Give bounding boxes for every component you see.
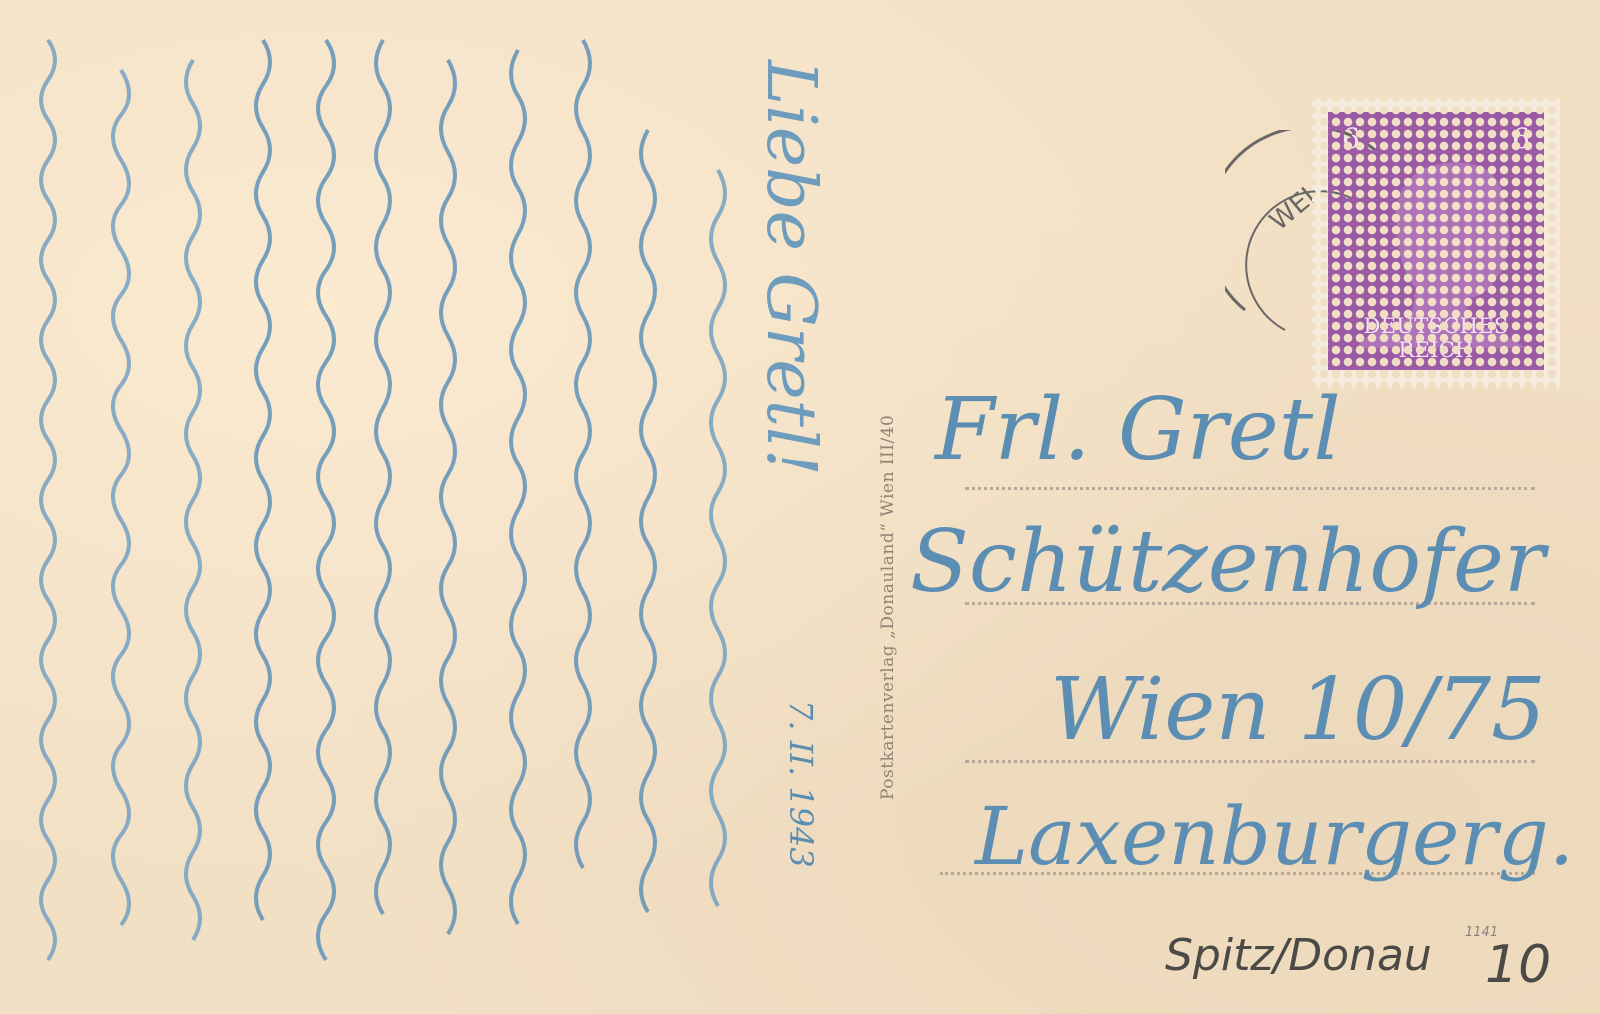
pencil-location-note: Spitz/Donau xyxy=(1165,930,1432,981)
message-column xyxy=(355,30,411,990)
postage-stamp: 6 6 DEUTSCHES REICH xyxy=(1312,98,1560,388)
message-column xyxy=(620,30,676,990)
message-salutation: Liebe Gretl! xyxy=(751,60,830,476)
message-column xyxy=(490,30,546,990)
message-column xyxy=(20,30,76,990)
address-dotted-line xyxy=(965,487,1535,490)
address-city: Wien 10/75 xyxy=(1050,660,1546,760)
address-dotted-line xyxy=(965,760,1535,763)
address-surname: Schützenhofer xyxy=(910,512,1545,612)
address-street: Laxenburgerg. 84 xyxy=(975,790,1600,883)
pencil-number-note: 10 xyxy=(1485,935,1551,995)
address-recipient-name: Frl. Gretl xyxy=(935,380,1341,480)
stamp-country-label: DEUTSCHES REICH xyxy=(1328,314,1544,362)
message-column xyxy=(420,30,476,990)
message-column xyxy=(690,30,746,990)
handwritten-message xyxy=(0,0,820,1014)
postcard: Liebe Gretl! 7. II. 1943 Postkartenverla… xyxy=(0,0,1600,1014)
publisher-imprint: Postkartenverlag „Donauland“ Wien III/40 xyxy=(878,415,898,800)
message-column xyxy=(555,30,611,990)
message-column xyxy=(300,30,356,990)
message-column xyxy=(165,30,221,990)
message-date: 7. II. 1943 xyxy=(782,700,820,868)
message-column xyxy=(235,30,291,990)
message-column xyxy=(95,30,151,990)
stamp-face: 6 6 DEUTSCHES REICH xyxy=(1328,112,1544,370)
